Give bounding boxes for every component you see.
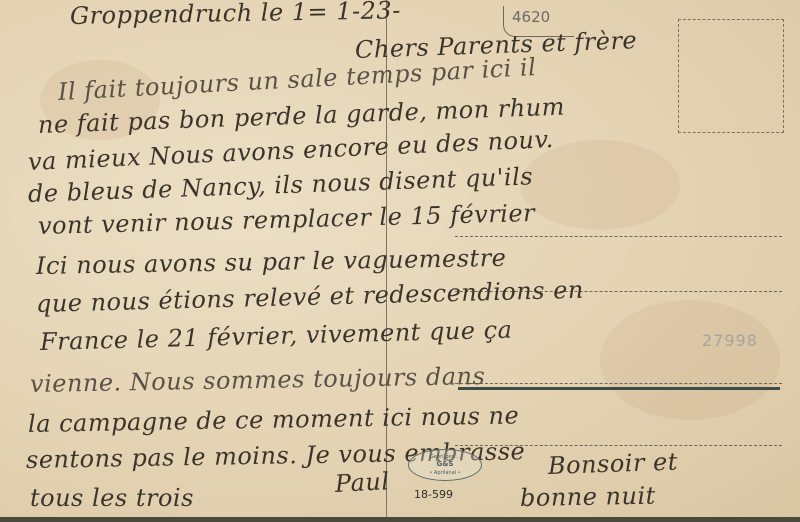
stamp-placeholder-box	[678, 19, 784, 133]
address-line-solid	[458, 387, 780, 390]
letter-line-12: tous les trois	[30, 484, 194, 512]
letter-line-14: bonne nuit	[520, 482, 656, 512]
paper-stain	[520, 140, 680, 230]
letter-line-5: vont venir nous remplacer le 15 février	[38, 199, 536, 240]
letter-line-13: Bonsoir et	[548, 447, 679, 480]
letter-line-7: que nous étions relevé et redescendions …	[36, 276, 585, 318]
publisher-stamp: Gebrüder ... G&S • Aprilanal •	[408, 449, 482, 481]
address-line-1	[455, 236, 782, 237]
paper-stain	[600, 300, 780, 420]
publisher-stamp-bottom: • Aprilanal •	[429, 470, 460, 477]
letter-signature: Paul	[334, 467, 390, 498]
scan-bottom-edge	[0, 517, 800, 522]
address-line-3	[455, 383, 782, 384]
publisher-stamp-logo: G&S	[437, 460, 454, 469]
catalog-pencil-number: 27998	[702, 331, 758, 350]
letter-line-9: vienne. Nous sommes toujours dans	[30, 362, 486, 398]
letter-line-8: France le 21 février, vivement que ça	[40, 316, 513, 356]
archive-number: 4620	[512, 8, 550, 26]
printed-catalog-number: 18-599	[414, 488, 453, 501]
postcard-back: 4620 27998 Groppendruch le 1= 1-23- Cher…	[0, 0, 800, 522]
letter-line-6: Ici nous avons su par le vaguemestre	[36, 244, 507, 280]
letter-line-10: la campagne de ce moment ici nous ne	[28, 401, 520, 438]
letter-place-date: Groppendruch le 1= 1-23-	[70, 0, 401, 30]
